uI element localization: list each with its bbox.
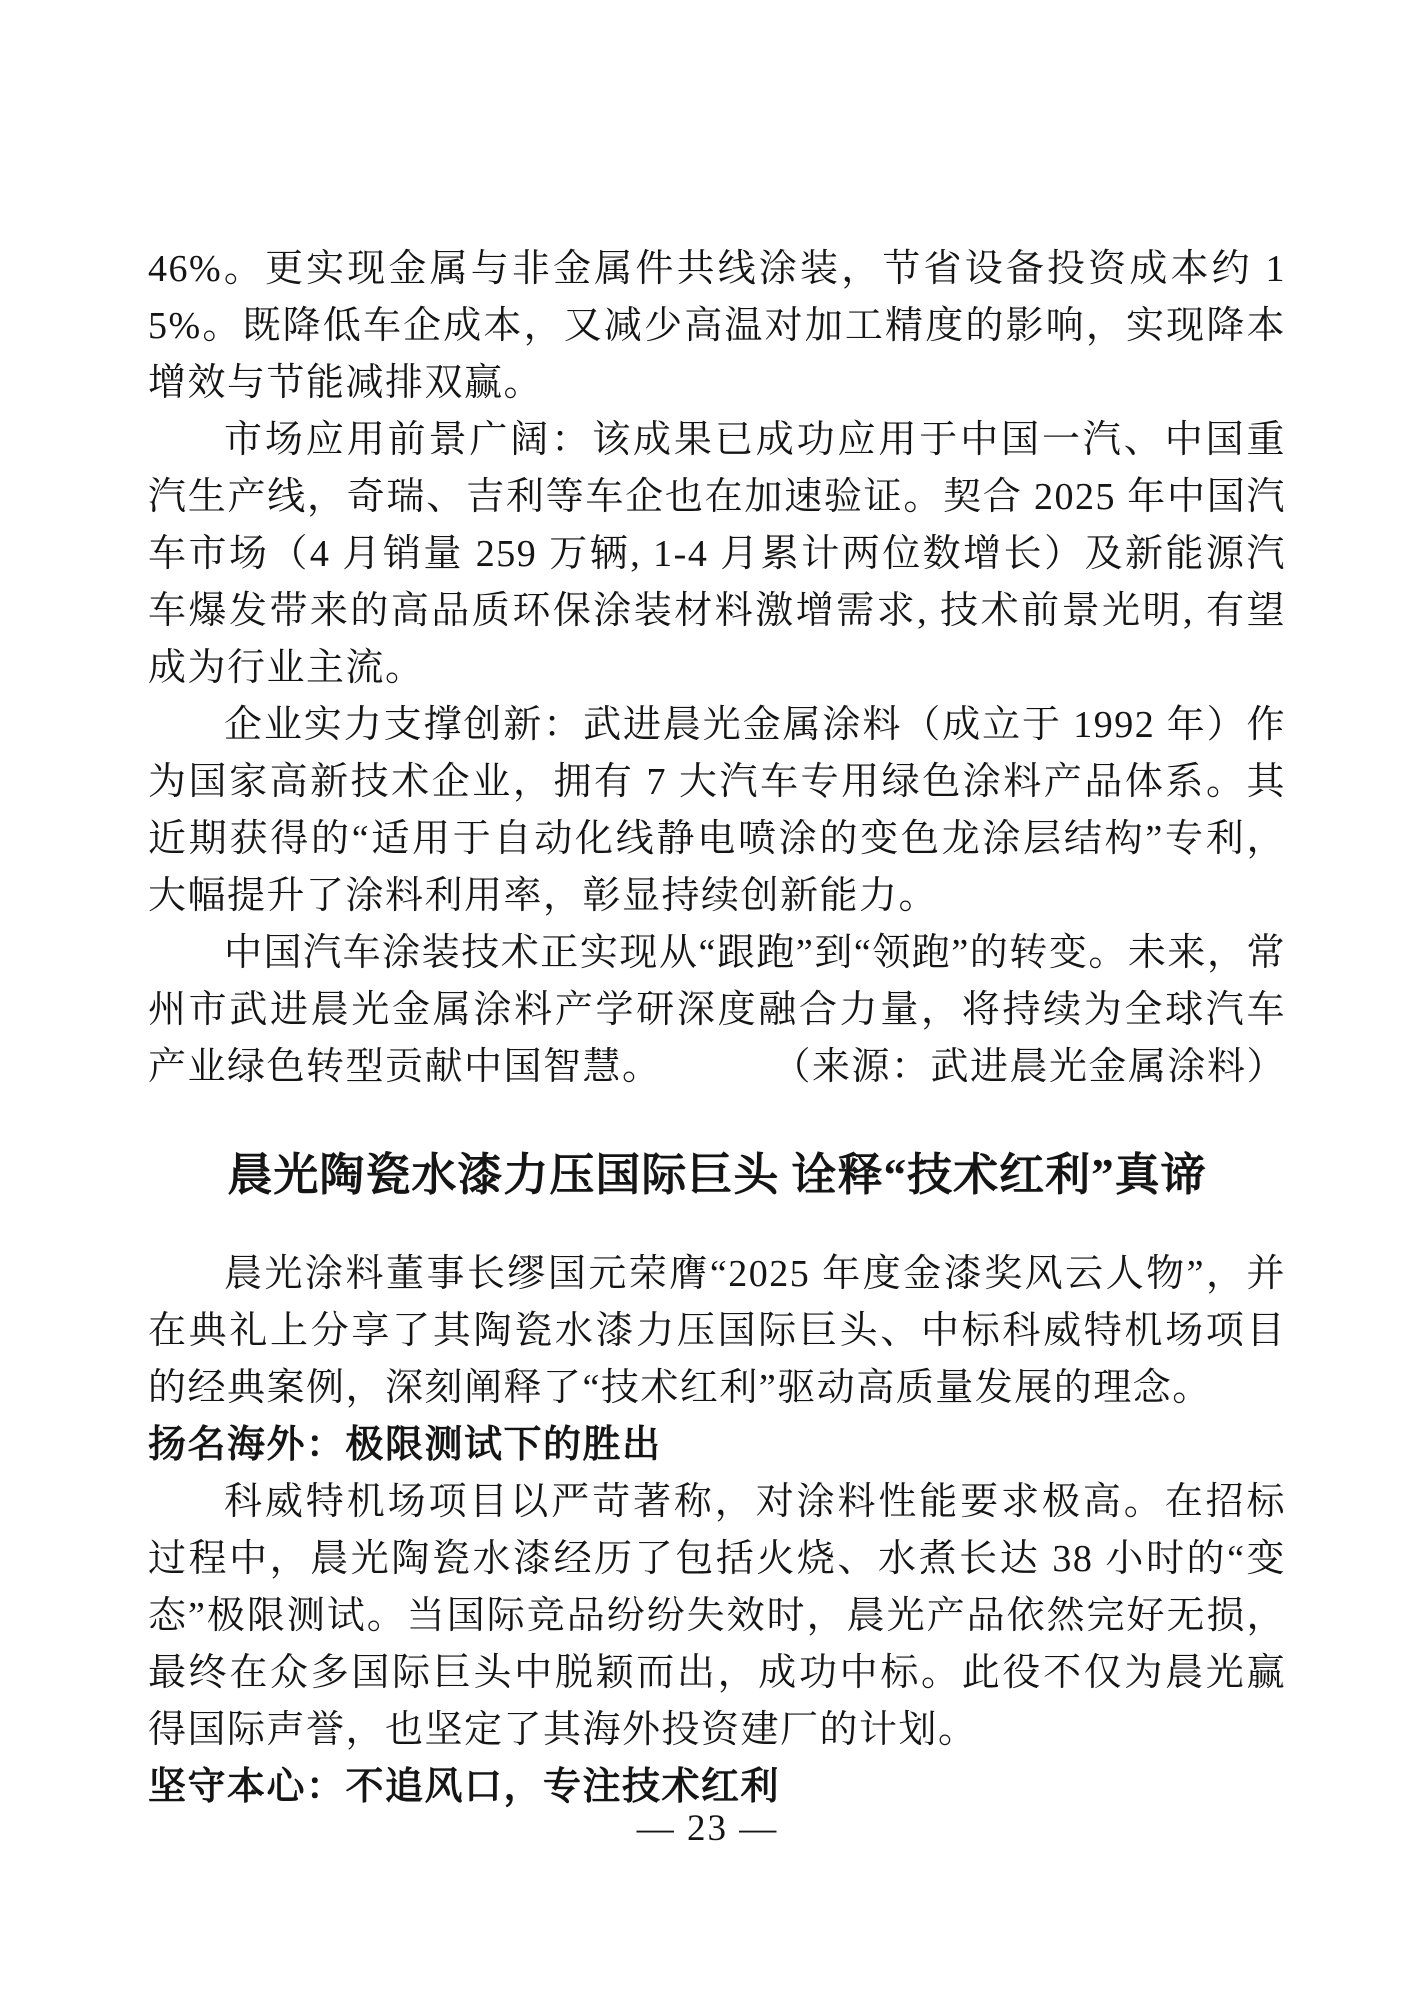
subhead-overseas-fame: 扬名海外：极限测试下的胜出	[148, 1417, 1286, 1474]
paragraph-closing: 中国汽车涂装技术正实现从“跟跑”到“领跑”的转变。未来，常州市武进晨光金属涂料产…	[148, 925, 1286, 1096]
paragraph-kuwait-test: 科威特机场项目以严苛著称，对涂料性能要求极高。在招标过程中，晨光陶瓷水漆经历了包…	[148, 1474, 1286, 1759]
paragraph-market-outlook: 市场应用前景广阔：该成果已成功应用于中国一汽、中国重汽生产线，奇瑞、吉利等车企也…	[148, 412, 1286, 697]
source-note: （来源：武进晨光金属涂料）	[696, 1039, 1286, 1096]
article-title: 晨光陶瓷水漆力压国际巨头 诠释“技术红利”真谛	[148, 1142, 1286, 1208]
page-number: — 23 —	[0, 1800, 1415, 1857]
lead-paragraph: 晨光涂料董事长缪国元荣膺“2025 年度金漆奖风云人物”，并在典礼上分享了其陶瓷…	[148, 1246, 1286, 1417]
document-page: 46%。更实现金属与非金属件共线涂装，节省设备投资成本约 15%。既降低车企成本…	[0, 0, 1415, 2000]
paragraph-enterprise-strength: 企业实力支撑创新：武进晨光金属涂料（成立于 1992 年）作为国家高新技术企业，…	[148, 697, 1286, 925]
page-body-text: 46%。更实现金属与非金属件共线涂装，节省设备投资成本约 15%。既降低车企成本…	[148, 241, 1286, 1816]
continuation-paragraph: 46%。更实现金属与非金属件共线涂装，节省设备投资成本约 15%。既降低车企成本…	[148, 241, 1286, 412]
